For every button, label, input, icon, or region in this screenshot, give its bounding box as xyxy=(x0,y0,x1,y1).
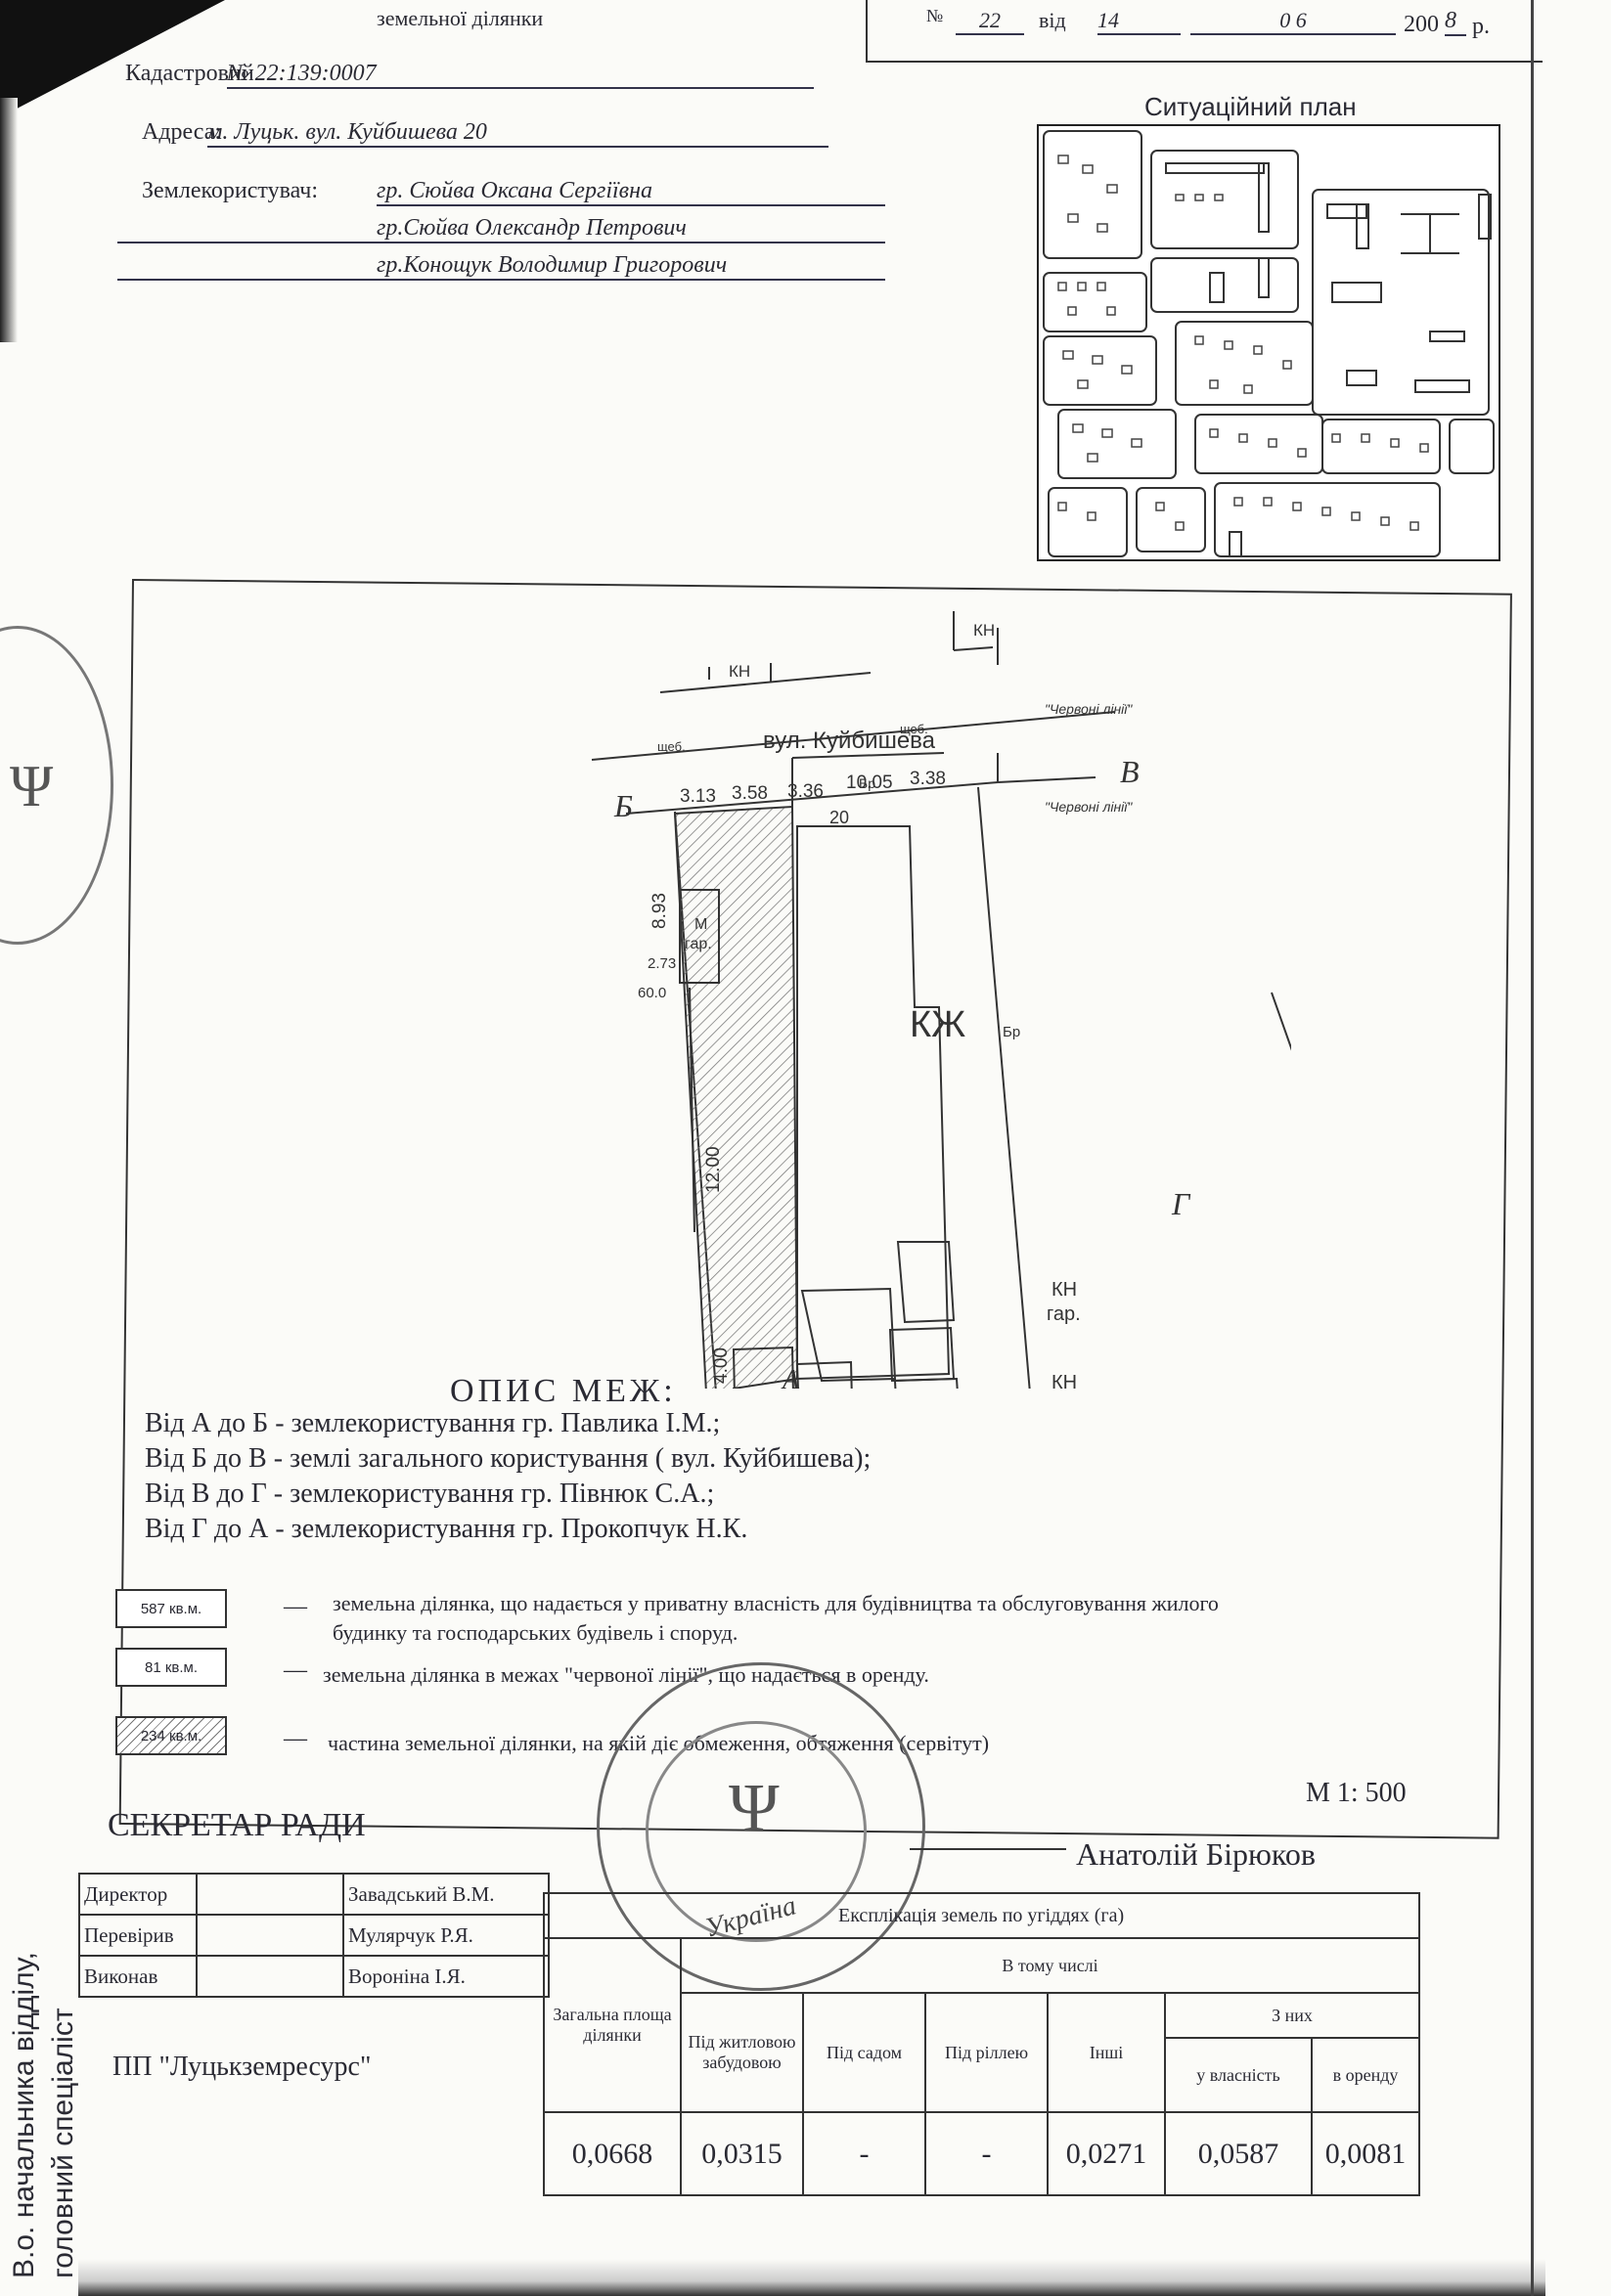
situational-plan-map xyxy=(1037,124,1500,561)
value-lease: 0,0081 xyxy=(1312,2112,1419,2195)
margin-note-1: В.о. начальника відділу, xyxy=(8,1952,41,2278)
value-housing: 0,0315 xyxy=(681,2112,803,2195)
svg-text:КН: КН xyxy=(1052,1279,1077,1301)
role-checked: Перевірив xyxy=(79,1915,197,1956)
signature-director xyxy=(197,1874,343,1915)
svg-text:гар.: гар. xyxy=(685,936,712,952)
address-value: м. Луцьк. вул. Куйбишева 20 xyxy=(207,119,828,148)
svg-text:3.38: 3.38 xyxy=(910,769,946,789)
sig-row-checked: Перевірив Мулярчук Р.Я. xyxy=(79,1915,549,1956)
scan-edge xyxy=(0,98,18,342)
date-year-suffix: 8 xyxy=(1445,8,1466,36)
svg-text:"Червоні лінії": "Червоні лінії" xyxy=(1045,701,1133,717)
situational-plan-title: Ситуаційний план xyxy=(1144,92,1357,122)
boundary-desc-2: Від Б до В - землі загального користуван… xyxy=(145,1441,871,1477)
svg-text:12.00: 12.00 xyxy=(703,1146,724,1193)
legend-234: 234 кв.м. xyxy=(115,1716,227,1755)
role-director: Директор xyxy=(79,1874,197,1915)
svg-text:М: М xyxy=(694,916,707,933)
svg-text:Бр: Бр xyxy=(1003,1024,1020,1040)
boundary-title: ОПИС МЕЖ: xyxy=(450,1373,677,1410)
col-housing-header: Під житловою забудовою xyxy=(681,1993,803,2112)
svg-text:А: А xyxy=(781,1365,800,1389)
svg-text:3.13: 3.13 xyxy=(680,786,716,807)
city-blocks-diagram xyxy=(1039,126,1499,559)
col-garden-header: Під садом xyxy=(803,1993,925,2112)
user-2: гр.Сюйва Олександр Петрович xyxy=(117,215,885,243)
sig-row-director: Директор Завадський В.М. xyxy=(79,1874,549,1915)
user-1: гр. Сюйва Оксана Сергіївна xyxy=(377,178,885,206)
trident-emblem-icon: Ψ xyxy=(729,1770,780,1848)
svg-text:В: В xyxy=(1120,754,1140,789)
svg-text:щеб.: щеб. xyxy=(900,722,928,736)
value-other: 0,0271 xyxy=(1048,2112,1165,2195)
doc-title-fragment: земельної ділянки xyxy=(377,6,543,31)
page-edge-right xyxy=(1531,0,1534,2296)
plot-plan-drawing: КН КН щеб. вул. Куйбишева щеб. "Червоні … xyxy=(587,606,1291,1389)
svg-text:20: 20 xyxy=(829,808,849,827)
number-value: 22 xyxy=(956,8,1024,35)
col-other-header: Інші xyxy=(1048,1993,1165,2112)
name-director: Завадський В.М. xyxy=(343,1874,549,1915)
col-total-header: Загальна площа ділянки xyxy=(544,1938,681,2112)
col-arable-header: Під ріллею xyxy=(925,1993,1048,2112)
svg-text:гар.: гар. xyxy=(1047,1303,1081,1325)
user-label: Землекористувач: xyxy=(142,178,318,204)
date-year-unit: р. xyxy=(1472,14,1490,40)
svg-text:щеб.: щеб. xyxy=(657,739,686,754)
date-year-prefix: 200 xyxy=(1404,12,1439,38)
scan-bottom-edge xyxy=(78,2259,1545,2296)
margin-note-2: головний спеціаліст xyxy=(47,2008,80,2278)
svg-text:4.00: 4.00 xyxy=(711,1347,732,1384)
svg-text:КН: КН xyxy=(1052,1372,1077,1389)
name-checked: Мулярчук Р.Я. xyxy=(343,1915,549,1956)
group-of-them-header: З них xyxy=(1165,1993,1419,2038)
legend-587: 587 кв.м. xyxy=(115,1589,227,1628)
svg-text:Б: Б xyxy=(613,788,633,823)
kn-label-top: КН xyxy=(729,662,750,681)
svg-text:2.73: 2.73 xyxy=(648,955,676,972)
legend-587-text: земельна ділянка, що надається у приватн… xyxy=(333,1589,1252,1648)
svg-text:КН: КН xyxy=(973,621,995,640)
svg-text:Бр: Бр xyxy=(859,775,875,791)
value-ownership: 0,0587 xyxy=(1165,2112,1312,2195)
value-arable: - xyxy=(925,2112,1048,2195)
signature-executed xyxy=(197,1956,343,1997)
signature-checked xyxy=(197,1915,343,1956)
group-including-header: В тому числі xyxy=(681,1938,1419,1993)
svg-text:Г: Г xyxy=(1171,1186,1191,1221)
cadastral-value: № 22:139:0007 xyxy=(227,61,814,89)
name-executed: Вороніна І.Я. xyxy=(343,1956,549,1997)
svg-text:3.36: 3.36 xyxy=(787,781,824,802)
value-garden: - xyxy=(803,2112,925,2195)
svg-text:60.0: 60.0 xyxy=(638,985,666,1001)
explication-values-row: 0,0668 0,0315 - - 0,0271 0,0587 0,0081 xyxy=(544,2112,1419,2195)
value-total: 0,0668 xyxy=(544,2112,681,2195)
user-3: гр.Конощук Володимир Григорович xyxy=(117,252,885,281)
svg-text:3.58: 3.58 xyxy=(732,783,768,804)
registration-box: № 22 від 14 0 6 200 8 р. xyxy=(866,0,1543,63)
company-name: ПП "Луцькземресурс" xyxy=(112,2052,371,2083)
date-day: 14 xyxy=(1097,8,1181,35)
boundary-desc-4: Від Г до А - землекористування гр. Проко… xyxy=(145,1512,747,1547)
col-lease-header: в оренду xyxy=(1312,2038,1419,2112)
date-month: 0 6 xyxy=(1190,8,1396,35)
explication-title: Експлікація земель по угіддях (га) xyxy=(544,1893,1419,1938)
legend-81: 81 кв.м. xyxy=(115,1648,227,1687)
boundary-desc-3: Від В до Г - землекористування гр. Півню… xyxy=(145,1477,714,1512)
secretary-label: СЕКРЕТАР РАДИ xyxy=(108,1807,366,1844)
scale: М 1: 500 xyxy=(1306,1778,1407,1809)
date-from-label: від xyxy=(1039,8,1066,33)
svg-text:"Червоні лінії": "Червоні лінії" xyxy=(1045,799,1133,815)
secretary-name: Анатолій Бірюков xyxy=(1076,1836,1316,1873)
sig-row-executed: Виконав Вороніна І.Я. xyxy=(79,1956,549,1997)
signatures-table: Директор Завадський В.М. Перевірив Муляр… xyxy=(78,1873,550,1998)
role-executed: Виконав xyxy=(79,1956,197,1997)
boundary-desc-1: Від А до Б - землекористування гр. Павли… xyxy=(145,1406,720,1441)
scan-shadow xyxy=(0,0,225,117)
col-ownership-header: у власність xyxy=(1165,2038,1312,2112)
number-label: № xyxy=(926,6,943,26)
svg-text:КЖ: КЖ xyxy=(910,1004,965,1045)
trident-emblem-icon: Ψ xyxy=(10,753,53,820)
svg-text:8.93: 8.93 xyxy=(649,893,670,929)
explication-table: Експлікація земель по угіддях (га) Загал… xyxy=(543,1892,1420,2196)
